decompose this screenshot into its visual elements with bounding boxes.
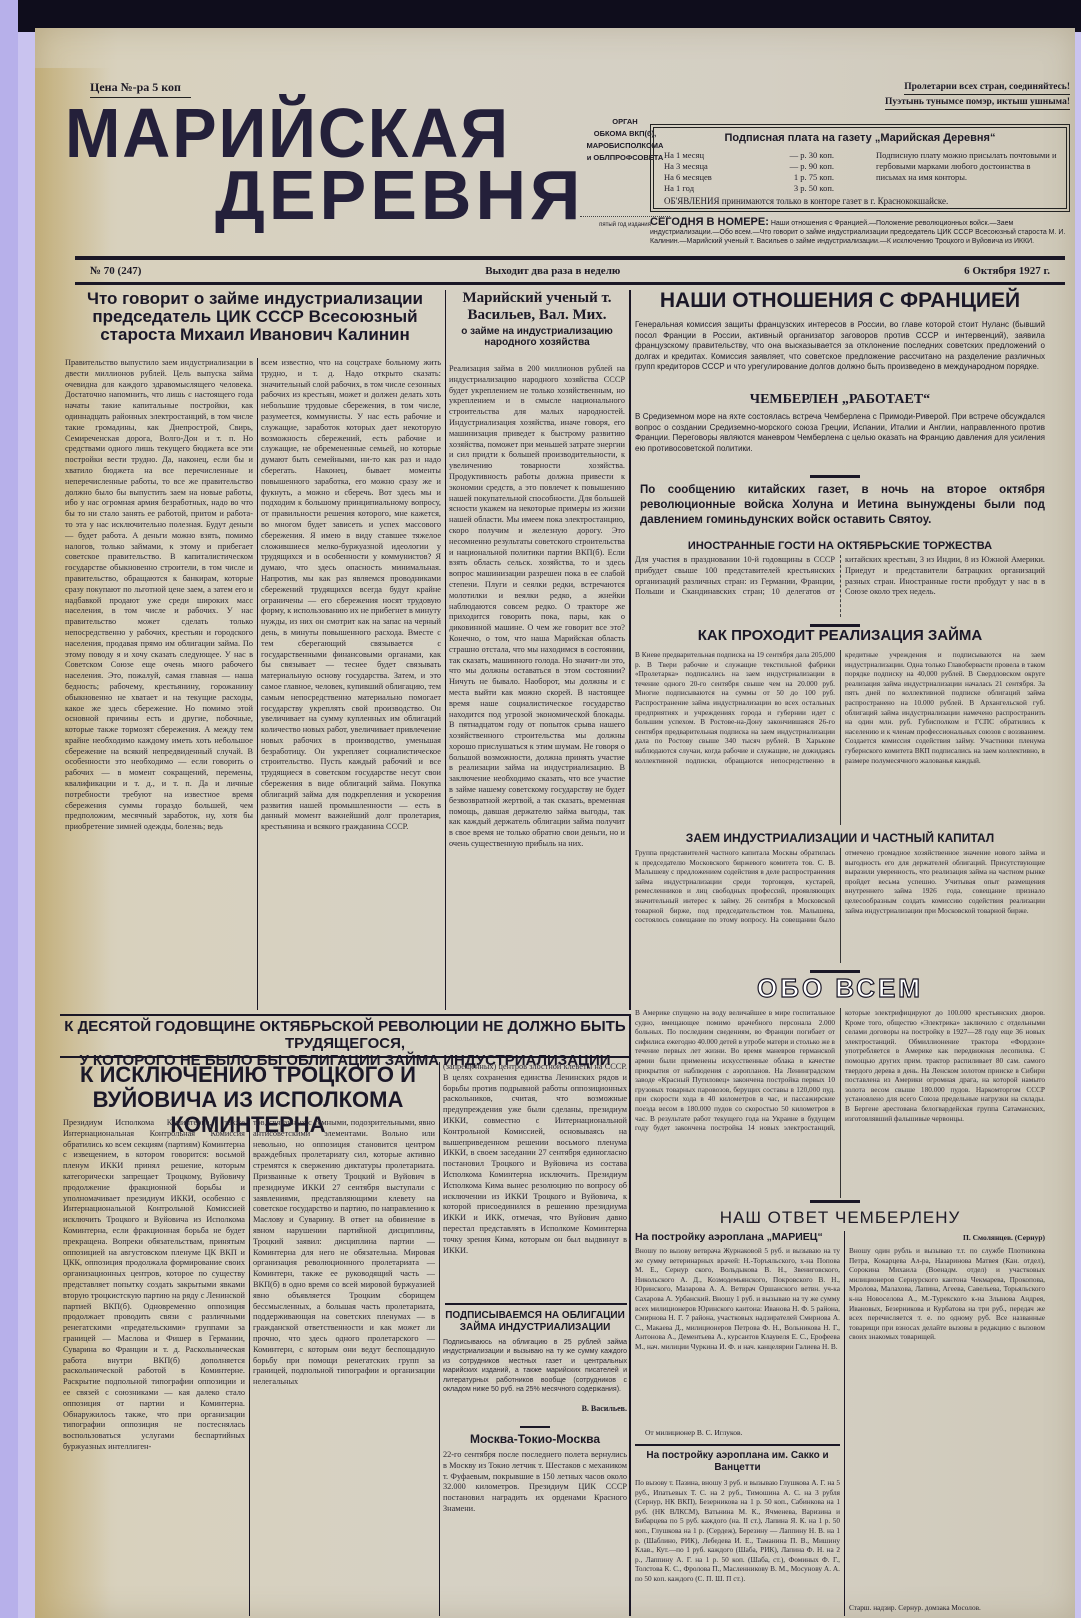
newspaper-page: Цена №-ра 5 коп МАРИЙСКАЯ ДЕРЕВНЯ ОРГАН … — [35, 28, 1075, 1618]
chamberlain-headline: ЧЕМБЕРЛЕН „РАБОТАЕТ“ — [635, 393, 1045, 408]
column-divider — [445, 290, 446, 1010]
france-text: Генеральная комиссия защиты французских … — [635, 320, 1045, 386]
trotsky-col1: Президиум Исполкома Коминтерна, также Ин… — [63, 1118, 245, 1616]
vasiliev-text: Реализация займа в 200 миллионов рублей … — [449, 364, 625, 1010]
china-text: По сообщению китайских газет, в ночь на … — [640, 483, 1045, 533]
vasiliev-subheadline: о займе на индустриализацию народного хо… — [449, 326, 625, 348]
column-divider — [439, 1062, 440, 1616]
loan-progress-headline: КАК ПРОХОДИТ РЕАЛИЗАЦИЯ ЗАЙМА — [635, 628, 1045, 644]
obo-vsem-text: В Америке спущено на воду величайшее в м… — [635, 1008, 1045, 1198]
separator — [520, 1426, 550, 1428]
guests-text: Для участия в праздновании 10-й годовщин… — [635, 555, 1045, 617]
subscription-rates: На 1 месяц— р. 30 коп. На 3 месяца— р. 9… — [664, 150, 834, 194]
column-divider — [629, 1014, 631, 1616]
dateline: № 70 (247) Выходит два раза в неделю 6 О… — [90, 265, 1050, 277]
aeroplane-mariets-text: Вношу по вызову ветврача Журнаковой 5 ру… — [635, 1246, 840, 1426]
slogan-russian: Пролетарии всех стран, соединяйтесь! — [904, 80, 1070, 95]
column-divider — [844, 1231, 845, 1616]
kalinin-headline: Что говорит о займе индустриализации пре… — [65, 290, 445, 344]
kalinin-col1: Правительство выпустило заем индустриали… — [65, 358, 253, 1010]
subscription-note: Подписную плату можно присылать почтовым… — [876, 150, 1061, 183]
vasiliev-header: Марийский ученый т. Васильев, Вал. Мих. … — [449, 290, 625, 348]
guests-headline: ИНОСТРАННЫЕ ГОСТИ НА ОКТЯБРЬСКИЕ ТОРЖЕСТ… — [635, 540, 1045, 552]
aeroplane-mariets-headline: На постройку аэроплана „МАРИЕЦ“ — [635, 1231, 840, 1243]
issue-date: 6 Октября 1927 г. — [964, 265, 1050, 277]
column-divider — [249, 1118, 250, 1616]
separator — [810, 1200, 860, 1203]
dateline-rule — [75, 282, 1065, 285]
moscow-tokyo-headline: Москва-Токио-Москва — [443, 1432, 627, 1446]
loan-progress-text: В Киеве предварительная подписка на 19 с… — [635, 650, 1045, 825]
rate-row: На 1 месяц— р. 30 коп. — [664, 150, 834, 161]
rate-row: На 3 месяца— р. 90 коп. — [664, 161, 834, 172]
vasiliev-headline: Марийский ученый т. Васильев, Вал. Мих. — [449, 290, 625, 324]
smolyantsev-signature: П. Смолянцев. (Сернур) — [849, 1233, 1045, 1242]
separator — [635, 1444, 840, 1446]
trotsky-col2: тов, связанных с темными, подозрительным… — [253, 1118, 435, 1616]
separator — [810, 475, 860, 478]
france-headline: НАШИ ОТНОШЕНИЯ С ФРАНЦИЕЙ — [635, 290, 1045, 312]
in-this-issue-label: СЕГОДНЯ В НОМЕРЕ: — [650, 216, 769, 228]
aeroplane-sacco-headline: На постройку аэроплана им. Сакко и Ванце… — [635, 1450, 840, 1474]
frequency: Выходит два раза в неделю — [485, 265, 620, 277]
masthead-title-line2: ДЕРЕВНЯ — [215, 160, 584, 230]
separator — [445, 1303, 627, 1305]
rate-row: На 1 год3 р. 50 коп. — [664, 183, 834, 194]
masthead-rule — [75, 256, 1065, 260]
kalinin-col2: всем известно, что на соцстрахе больному… — [261, 358, 441, 1010]
ads-notice: ОБ'ЯВЛЕНИЯ принимаются только в конторе … — [664, 196, 948, 206]
subscribe-headline: ПОДПИСЫВАЕМСЯ НА ОБЛИГАЦИИ ЗАЙМА ИНДУСТР… — [443, 1310, 627, 1334]
private-capital-headline: ЗАЕМ ИНДУСТРИАЛИЗАЦИИ И ЧАСТНЫЙ КАПИТАЛ — [635, 831, 1045, 845]
private-capital-text: Группа представителей частного капитала … — [635, 848, 1045, 963]
column-divider — [629, 290, 631, 1010]
in-this-issue: СЕГОДНЯ В НОМЕРЕ: Наши отношения с Франц… — [650, 218, 1070, 246]
trotsky-col3: (запрещенных) центров злостной клеветы н… — [443, 1062, 627, 1292]
obo-vsem-headline: ОБО ВСЕМ — [635, 973, 1045, 1004]
rate-row: На 6 месяцев1 р. 75 коп. — [664, 172, 834, 183]
scan-edge — [0, 0, 18, 1618]
subscribe-text: Подписываюсь на облигацию в 25 рублей за… — [443, 1338, 627, 1403]
issue-number: № 70 (247) — [90, 265, 141, 277]
column-divider — [257, 358, 258, 1010]
militia-signature: От милиционер В. С. Иглуков. — [645, 1428, 840, 1437]
militia-challenge-text: Вношу один рубль и вызываю т.т. по служб… — [849, 1246, 1045, 1601]
subscribe-signature: В. Васильев. — [443, 1404, 627, 1413]
chamberlain-text: В Средиземном море на яхте состоялась вс… — [635, 412, 1045, 468]
chamberlain-answer-headline: НАШ ОТВЕТ ЧЕМБЕРЛЕНУ — [635, 1208, 1045, 1228]
banner-top-rule — [60, 1014, 630, 1016]
subscription-box: Подписная плата на газету „Марийская Дер… — [650, 124, 1070, 212]
banner-bottom-rule — [60, 1056, 630, 1058]
slogans: Пролетарии всех стран, соединяйтесь! Пуэ… — [795, 80, 1070, 110]
aeroplane-sacco-text: По вызову т. Пазина, вношу 3 руб. и вызы… — [635, 1478, 840, 1614]
subscription-title: Подписная плата на газету „Марийская Дер… — [662, 132, 1058, 144]
mosolov-signature: Старш. надзир. Сернур. домзака Мосолов. — [849, 1603, 1045, 1612]
moscow-tokyo-text: 22-го сентября после последнего полета в… — [443, 1450, 627, 1530]
slogan-mari: Пуэтынь тунымсе помэр, иктыш ушныма! — [885, 95, 1070, 110]
